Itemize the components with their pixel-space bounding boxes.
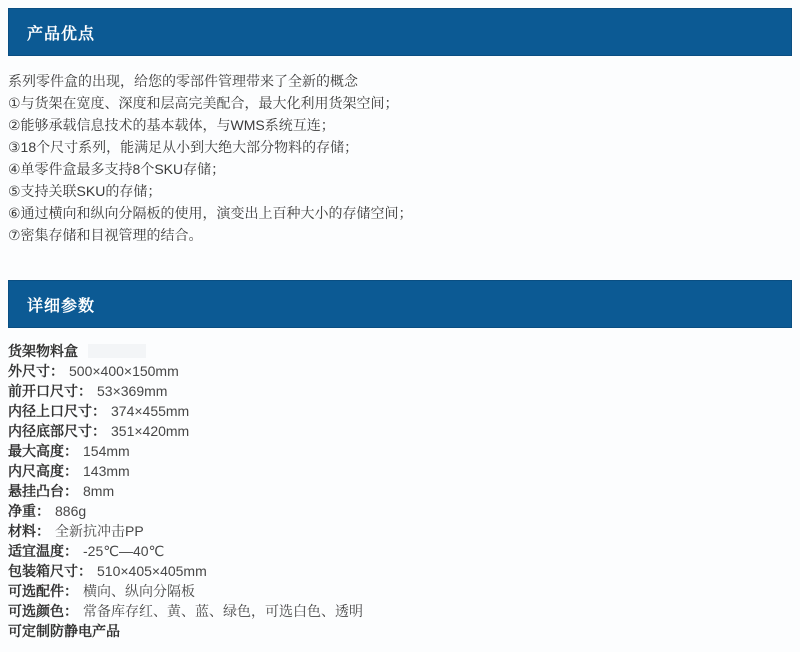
parameter-row: 前开口尺寸：53×369mm (8, 381, 792, 401)
parameter-label: 悬挂凸台： (8, 483, 78, 499)
advantage-line: ⑦密集存储和目视管理的结合。 (8, 224, 792, 246)
parameter-label: 内尺高度： (8, 463, 78, 479)
parameter-value: -25℃—40℃ (83, 543, 164, 559)
parameter-label: 最大高度： (8, 443, 78, 459)
parameter-value: 8mm (83, 483, 114, 499)
parameter-label: 外尺寸： (8, 363, 64, 379)
parameter-row: 适宜温度：-25℃—40℃ (8, 541, 792, 561)
blank-highlight-box (88, 344, 146, 358)
parameter-value: 常备库存红、黄、蓝、绿色，可选白色、透明 (83, 603, 363, 619)
parameters-footer-note: 可定制防静电产品 (8, 621, 792, 641)
advantages-title: 产品优点 (27, 21, 95, 44)
parameter-row: 悬挂凸台：8mm (8, 481, 792, 501)
parameter-label: 前开口尺寸： (8, 383, 92, 399)
parameter-row: 包装箱尺寸：510×405×405mm (8, 561, 792, 581)
advantage-line: ⑥通过横向和纵向分隔板的使用，演变出上百种大小的存储空间； (8, 202, 792, 224)
parameter-row: 最大高度：154mm (8, 441, 792, 461)
parameter-value: 154mm (83, 443, 130, 459)
parameter-value: 886g (55, 503, 86, 519)
parameter-label: 适宜温度： (8, 543, 78, 559)
parameter-label: 可选颜色： (8, 603, 78, 619)
advantage-line: ①与货架在宽度、深度和层高完美配合，最大化利用货架空间； (8, 92, 792, 114)
product-name-row: 货架物料盒 (8, 341, 792, 361)
parameter-value: 143mm (83, 463, 130, 479)
parameter-rows: 外尺寸：500×400×150mm前开口尺寸：53×369mm内径上口尺寸：37… (8, 361, 792, 621)
parameter-value: 横向、纵向分隔板 (83, 583, 195, 599)
parameter-value: 53×369mm (97, 383, 167, 399)
parameter-row: 内尺高度：143mm (8, 461, 792, 481)
parameter-label: 内径上口尺寸： (8, 403, 106, 419)
parameter-value: 351×420mm (111, 423, 189, 439)
parameter-label: 可选配件： (8, 583, 78, 599)
parameter-row: 可选颜色：常备库存红、黄、蓝、绿色，可选白色、透明 (8, 601, 792, 621)
parameter-label: 净重： (8, 503, 50, 519)
parameter-label: 材料： (8, 523, 50, 539)
parameter-value: 500×400×150mm (69, 363, 179, 379)
parameter-value: 510×405×405mm (97, 563, 207, 579)
parameter-row: 材料：全新抗冲击PP (8, 521, 792, 541)
parameter-label: 内径底部尺寸： (8, 423, 106, 439)
parameter-row: 净重：886g (8, 501, 792, 521)
parameter-value: 374×455mm (111, 403, 189, 419)
advantage-line: ④单零件盒最多支持8个SKU存储； (8, 158, 792, 180)
parameters-title: 详细参数 (27, 293, 95, 316)
section-header-advantages: 产品优点 (8, 8, 792, 56)
product-name: 货架物料盒 (8, 341, 78, 361)
parameter-value: 全新抗冲击PP (55, 523, 144, 539)
parameter-row: 可选配件：横向、纵向分隔板 (8, 581, 792, 601)
advantage-line: ③18个尺寸系列，能满足从小到大绝大部分物料的存储； (8, 136, 792, 158)
parameter-row: 外尺寸：500×400×150mm (8, 361, 792, 381)
advantages-intro: 系列零件盒的出现，给您的零部件管理带来了全新的概念 (8, 70, 792, 92)
parameter-row: 内径上口尺寸：374×455mm (8, 401, 792, 421)
parameter-row: 内径底部尺寸：351×420mm (8, 421, 792, 441)
advantage-line: ②能够承载信息技术的基本载体，与WMS系统互连； (8, 114, 792, 136)
section-header-parameters: 详细参数 (8, 280, 792, 328)
parameter-label: 包装箱尺寸： (8, 563, 92, 579)
advantage-line: ⑤支持关联SKU的存储； (8, 180, 792, 202)
parameters-list: 货架物料盒 外尺寸：500×400×150mm前开口尺寸：53×369mm内径上… (8, 341, 792, 641)
advantages-list: 系列零件盒的出现，给您的零部件管理带来了全新的概念 ①与货架在宽度、深度和层高完… (8, 70, 792, 246)
